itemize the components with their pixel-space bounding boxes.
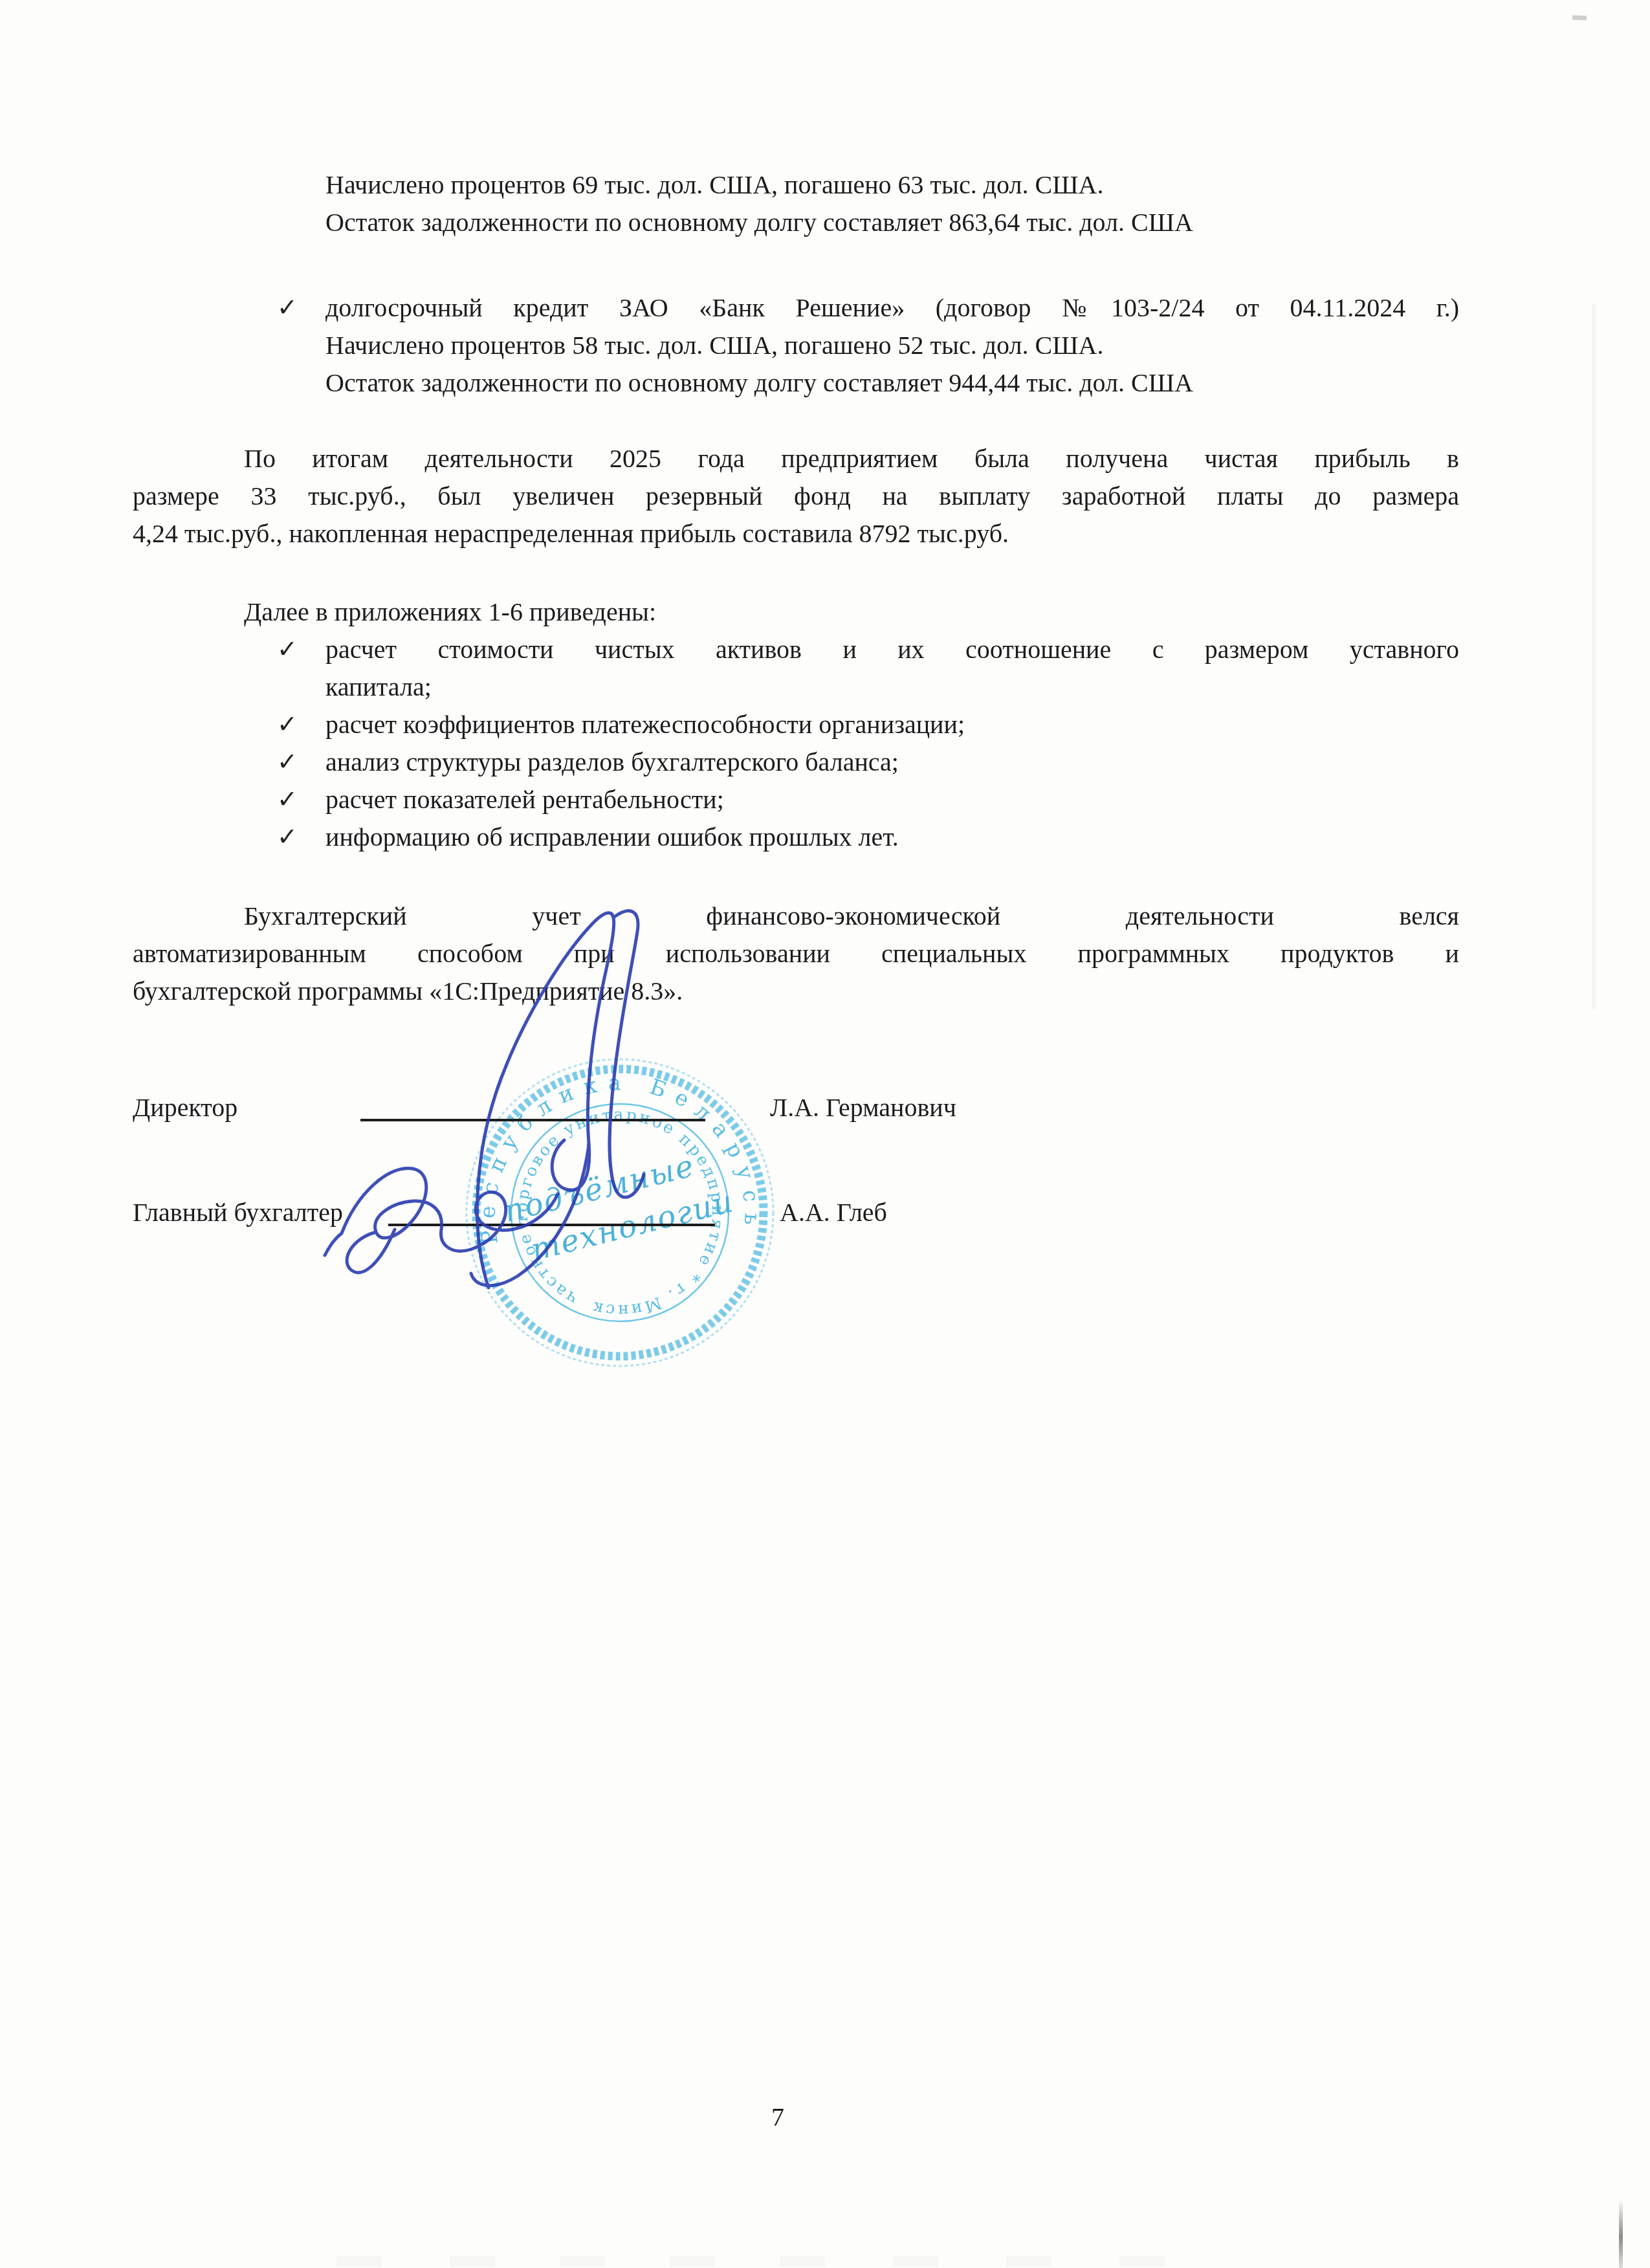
- accountant-signature: [347, 1229, 395, 1273]
- scan-artifact: [670, 2256, 715, 2267]
- list-item: информацию об исправлении ошибок прошлых…: [325, 822, 899, 853]
- text-line: размере 33 тыс.руб., был увеличен резерв…: [133, 481, 1459, 514]
- text-line: Начислено процентов 58 тыс. дол. США, по…: [325, 330, 1103, 361]
- checkmark-icon: ✓: [277, 747, 298, 778]
- accountant-name: А.А. Глеб: [780, 1197, 887, 1228]
- text-line: Остаток задолженности по основному долгу…: [325, 207, 1193, 238]
- list-item: расчет стоимости чистых активов и их соо…: [325, 634, 1459, 668]
- page-number: 7: [771, 2102, 784, 2132]
- checkmark-icon: ✓: [277, 292, 298, 324]
- checkmark-icon: ✓: [277, 784, 298, 815]
- checkmark-icon: ✓: [277, 634, 298, 665]
- list-item: капитала;: [325, 672, 432, 703]
- text-line: Остаток задолженности по основному долгу…: [325, 368, 1193, 399]
- scan-artifact: [450, 2256, 495, 2267]
- list-item: анализ структуры разделов бухгалтерского…: [325, 747, 899, 778]
- list-item: расчет показателей рентабельности;: [325, 784, 724, 815]
- text-line: По итогам деятельности 2025 года предпри…: [133, 443, 1459, 477]
- list-item: расчет коэффициентов платежеспособности …: [325, 709, 965, 740]
- director-name: Л.А. Германович: [770, 1092, 956, 1123]
- text-line: долгосрочный кредит ЗАО «Банк Решение» (…: [325, 292, 1459, 326]
- scan-artifact: [780, 2256, 825, 2267]
- director-signature: [471, 1144, 589, 1286]
- text-line: Далее в приложениях 1-6 приведены:: [244, 597, 656, 628]
- scan-artifact: [336, 2256, 382, 2267]
- director-signature: [552, 996, 600, 1190]
- text-line: Начислено процентов 69 тыс. дол. США, по…: [325, 170, 1103, 201]
- text-line: 4,24 тыс.руб., накопленная нераспределен…: [133, 518, 1009, 549]
- scan-artifact: [1592, 304, 1596, 1009]
- scan-artifact: [893, 2256, 938, 2267]
- scan-artifact: [1619, 2199, 1623, 2268]
- checkmark-icon: ✓: [277, 709, 298, 740]
- checkmark-icon: ✓: [277, 822, 298, 853]
- handwritten-signatures: [311, 893, 764, 1320]
- scan-artifact: [1006, 2256, 1051, 2267]
- scan-artifact: [560, 2256, 605, 2267]
- director-signature: [610, 911, 644, 1198]
- scan-artifact: [1572, 15, 1587, 20]
- director-label: Директор: [133, 1092, 237, 1123]
- accountant-signature: [325, 1168, 558, 1255]
- scanned-document-page: Начислено процентов 69 тыс. дол. США, по…: [0, 0, 1650, 2268]
- scan-artifact: [1119, 2256, 1165, 2267]
